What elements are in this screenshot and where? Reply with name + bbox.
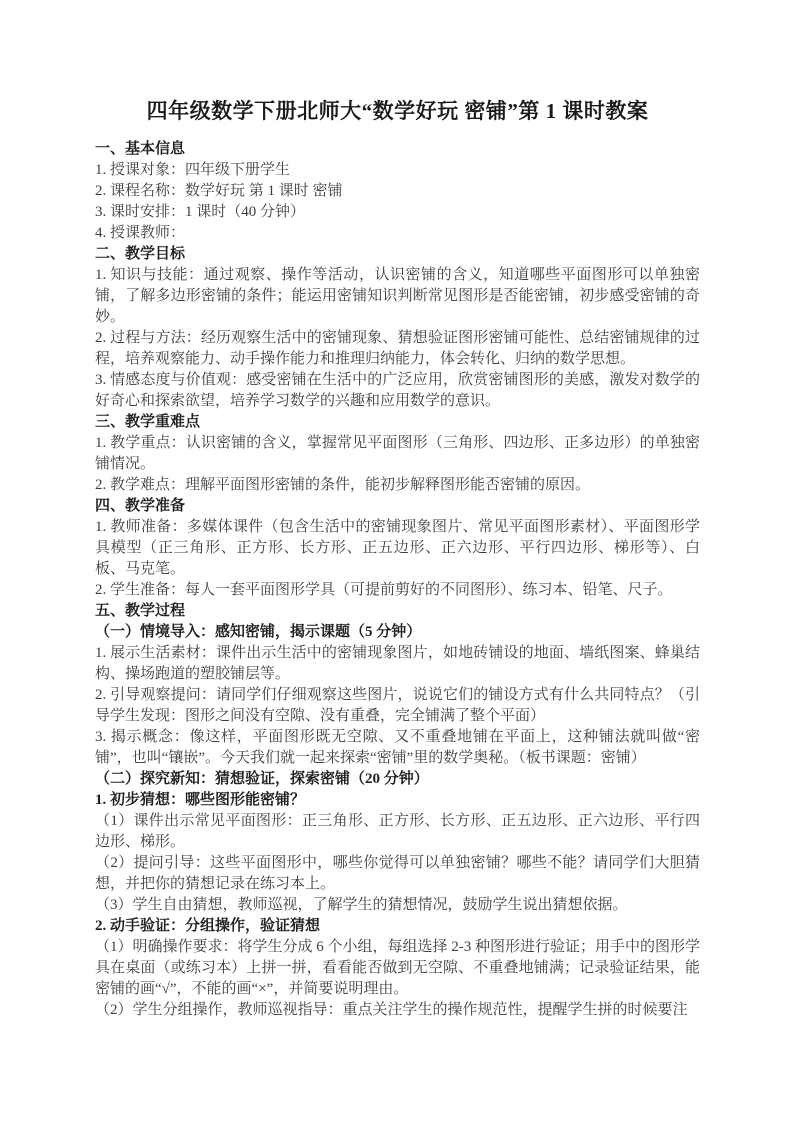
paragraph: 1. 教师准备：多媒体课件（包含生活中的密铺现象图片、常见平面图形素材）、平面图… — [95, 517, 700, 580]
paragraph: 3. 课时安排：1 课时（40 分钟） — [95, 202, 700, 223]
section-heading: 2. 动手验证：分组操作，验证猜想 — [95, 916, 700, 937]
paragraph: 4. 授课教师： — [95, 223, 700, 244]
document-page: 四年级数学下册北师大“数学好玩 密铺”第 1 课时教案 一、基本信息1. 授课对… — [0, 0, 794, 1123]
section-heading: （一）情境导入：感知密铺，揭示课题（5 分钟） — [95, 622, 700, 643]
paragraph: 1. 知识与技能：通过观察、操作等活动，认识密铺的含义，知道哪些平面图形可以单独… — [95, 265, 700, 328]
paragraph: 2. 过程与方法：经历观察生活中的密铺现象、猜想验证图形密铺可能性、总结密铺规律… — [95, 328, 700, 370]
paragraph: 1. 展示生活素材：课件出示生活中的密铺现象图片，如地砖铺设的地面、墙纸图案、蜂… — [95, 643, 700, 685]
section-heading: 1. 初步猜想：哪些图形能密铺？ — [95, 790, 700, 811]
paragraph: 2. 学生准备：每人一套平面图形学具（可提前剪好的不同图形）、练习本、铅笔、尺子… — [95, 580, 700, 601]
paragraph: （2）学生分组操作，教师巡视指导：重点关注学生的操作规范性，提醒学生拼的时候要注 — [95, 1000, 700, 1021]
section-heading: 二、教学目标 — [95, 244, 700, 265]
paragraph: 2. 课程名称：数学好玩 第 1 课时 密铺 — [95, 181, 700, 202]
paragraph: （3）学生自由猜想，教师巡视，了解学生的猜想情况，鼓励学生说出猜想依据。 — [95, 895, 700, 916]
section-heading: （二）探究新知：猜想验证，探索密铺（20 分钟） — [95, 769, 700, 790]
paragraph: （1）课件出示常见平面图形：正三角形、正方形、长方形、正五边形、正六边形、平行四… — [95, 811, 700, 853]
document-body: 一、基本信息1. 授课对象：四年级下册学生2. 课程名称：数学好玩 第 1 课时… — [95, 139, 700, 1021]
paragraph: 3. 情感态度与价值观：感受密铺在生活中的广泛应用，欣赏密铺图形的美感，激发对数… — [95, 370, 700, 412]
paragraph: 1. 授课对象：四年级下册学生 — [95, 160, 700, 181]
paragraph: 2. 引导观察提问：请同学们仔细观察这些图片，说说它们的铺设方式有什么共同特点？… — [95, 685, 700, 727]
section-heading: 三、教学重难点 — [95, 412, 700, 433]
paragraph: 2. 教学难点：理解平面图形密铺的条件，能初步解释图形能否密铺的原因。 — [95, 475, 700, 496]
document-title: 四年级数学下册北师大“数学好玩 密铺”第 1 课时教案 — [95, 96, 700, 126]
paragraph: （2）提问引导：这些平面图形中，哪些你觉得可以单独密铺？哪些不能？请同学们大胆猜… — [95, 853, 700, 895]
section-heading: 四、教学准备 — [95, 496, 700, 517]
paragraph: 3. 揭示概念：像这样，平面图形既无空隙、又不重叠地铺在平面上，这种铺法就叫做“… — [95, 727, 700, 769]
paragraph: 1. 教学重点：认识密铺的含义，掌握常见平面图形（三角形、四边形、正多边形）的单… — [95, 433, 700, 475]
section-heading: 五、教学过程 — [95, 601, 700, 622]
paragraph: （1）明确操作要求：将学生分成 6 个小组，每组选择 2-3 种图形进行验证；用… — [95, 937, 700, 1000]
section-heading: 一、基本信息 — [95, 139, 700, 160]
